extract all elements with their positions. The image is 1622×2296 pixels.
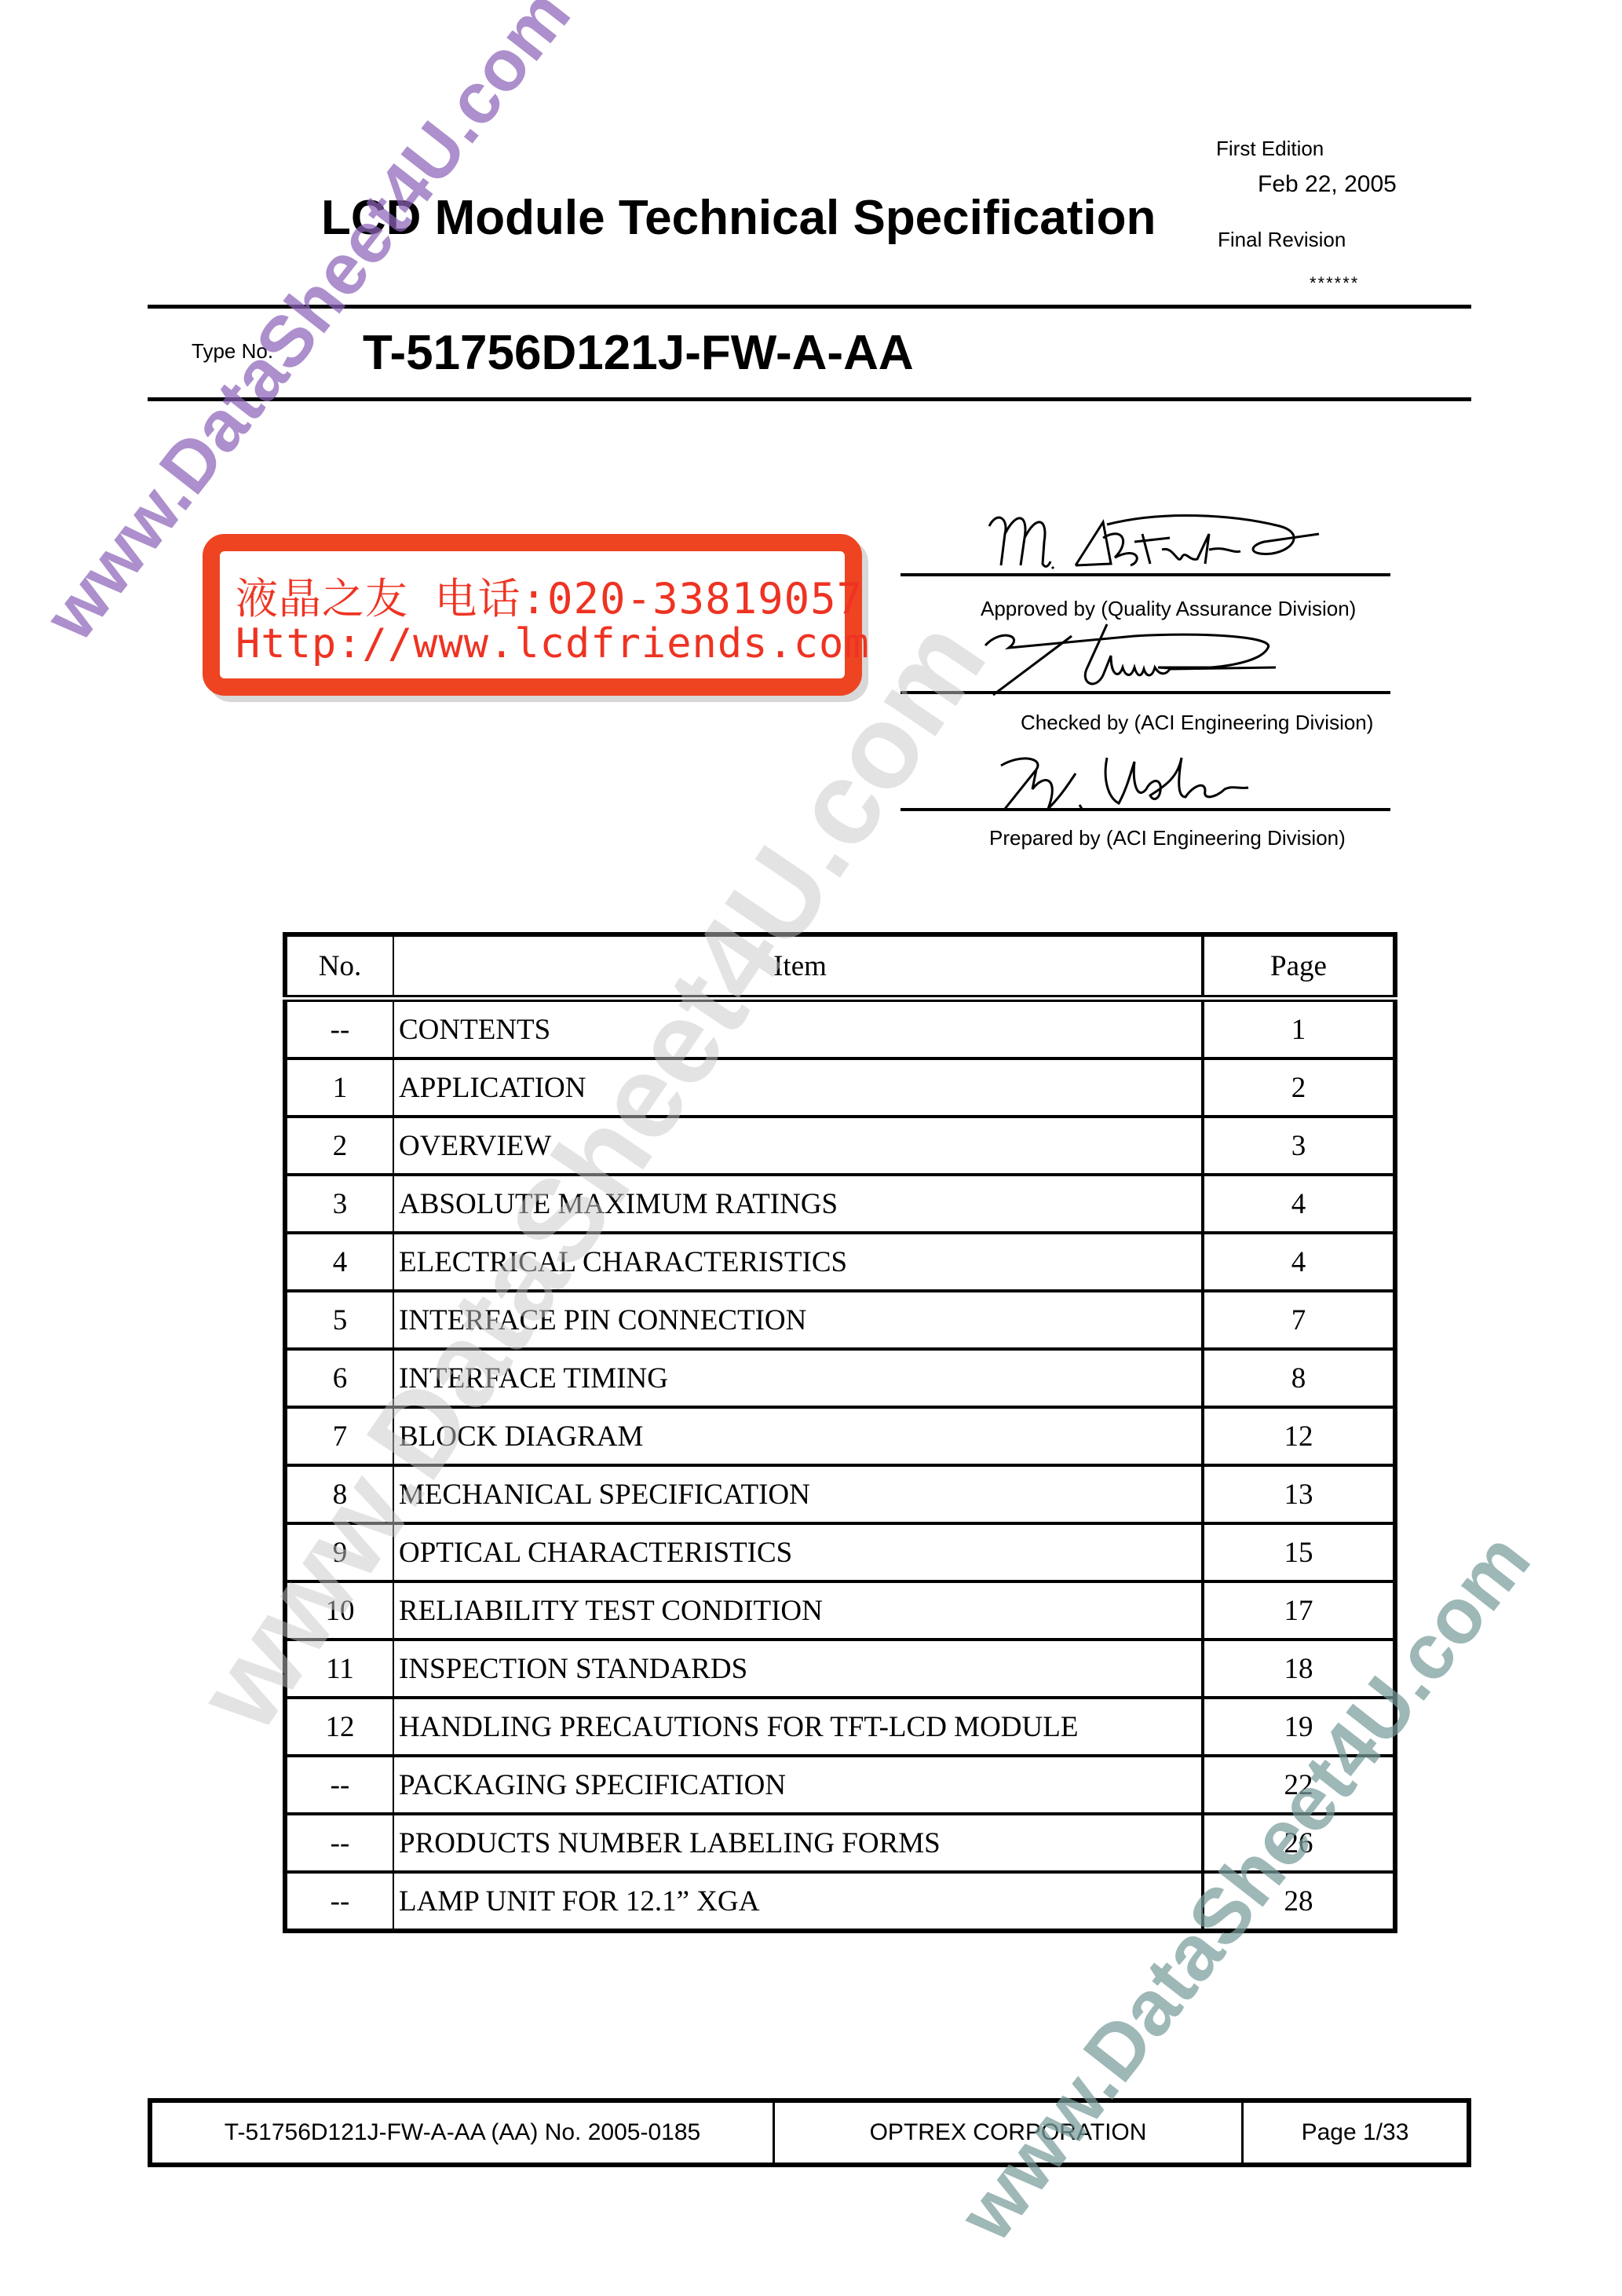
row-page: 19: [1203, 1698, 1395, 1756]
row-page: 1: [1203, 999, 1395, 1059]
row-page: 3: [1203, 1117, 1395, 1175]
table-header-row: No. Item Page: [285, 934, 1395, 999]
page-footer: T-51756D121J-FW-A-AA (AA) No. 2005-0185 …: [148, 2098, 1471, 2167]
table-row: 11INSPECTION STANDARDS18: [285, 1640, 1395, 1698]
contents-table: No. Item Page --CONTENTS11APPLICATION22O…: [283, 932, 1397, 1933]
row-item: BLOCK DIAGRAM: [393, 1407, 1203, 1465]
header-page: Page: [1203, 934, 1395, 999]
approved-by-caption: Approved by (Quality Assurance Division): [981, 597, 1356, 621]
table-row: --LAMP UNIT FOR 12.1” XGA28: [285, 1872, 1395, 1931]
row-item: OVERVIEW: [393, 1117, 1203, 1175]
row-page: 7: [1203, 1291, 1395, 1349]
row-item: INSPECTION STANDARDS: [393, 1640, 1203, 1698]
footer-document-number: T-51756D121J-FW-A-AA (AA) No. 2005-0185: [152, 2103, 775, 2163]
revision-value: ******: [1310, 273, 1359, 294]
row-page: 22: [1203, 1756, 1395, 1814]
row-item: RELIABILITY TEST CONDITION: [393, 1581, 1203, 1640]
table-row: 10RELIABILITY TEST CONDITION17: [285, 1581, 1395, 1640]
row-number: 2: [285, 1117, 393, 1175]
contents-table-body: --CONTENTS11APPLICATION22OVERVIEW33ABSOL…: [285, 999, 1395, 1932]
row-number: --: [285, 1814, 393, 1872]
row-number: 10: [285, 1581, 393, 1640]
row-page: 2: [1203, 1058, 1395, 1117]
row-item: PRODUCTS NUMBER LABELING FORMS: [393, 1814, 1203, 1872]
table-row: --PRODUCTS NUMBER LABELING FORMS26: [285, 1814, 1395, 1872]
table-row: 12HANDLING PRECAUTIONS FOR TFT-LCD MODUL…: [285, 1698, 1395, 1756]
row-page: 18: [1203, 1640, 1395, 1698]
table-row: 7BLOCK DIAGRAM12: [285, 1407, 1395, 1465]
checked-by-caption: Checked by (ACI Engineering Division): [1021, 711, 1373, 735]
row-item: HANDLING PRECAUTIONS FOR TFT-LCD MODULE: [393, 1698, 1203, 1756]
row-page: 28: [1203, 1872, 1395, 1931]
document-title: LCD Module Technical Specification: [321, 190, 1156, 246]
row-number: 5: [285, 1291, 393, 1349]
row-number: 11: [285, 1640, 393, 1698]
table-row: 6INTERFACE TIMING8: [285, 1349, 1395, 1407]
row-item: MECHANICAL SPECIFICATION: [393, 1465, 1203, 1523]
table-row: 2OVERVIEW3: [285, 1117, 1395, 1175]
table-row: 8MECHANICAL SPECIFICATION13: [285, 1465, 1395, 1523]
row-number: 12: [285, 1698, 393, 1756]
row-number: 1: [285, 1058, 393, 1117]
table-row: --CONTENTS1: [285, 999, 1395, 1059]
stamp-phone-line: 液晶之友 电话:020-33819057: [236, 565, 863, 626]
edition-label: First Edition: [1216, 137, 1324, 161]
row-number: --: [285, 1872, 393, 1931]
row-number: 6: [285, 1349, 393, 1407]
stamp-url-line: Http://www.lcdfriends.com: [236, 620, 870, 667]
row-number: 4: [285, 1233, 393, 1291]
header-rule-bottom: [148, 397, 1471, 401]
preparer-signature-icon: [989, 742, 1303, 817]
row-item: ELECTRICAL CHARACTERISTICS: [393, 1233, 1203, 1291]
row-page: 13: [1203, 1465, 1395, 1523]
row-item: OPTICAL CHARACTERISTICS: [393, 1523, 1203, 1581]
header-no: No.: [285, 934, 393, 999]
approver-signature-icon: [974, 503, 1343, 577]
row-item: PACKAGING SPECIFICATION: [393, 1756, 1203, 1814]
distributor-stamp: 液晶之友 电话:020-33819057 Http://www.lcdfrien…: [203, 534, 862, 696]
row-item: INTERFACE PIN CONNECTION: [393, 1291, 1203, 1349]
row-page: 12: [1203, 1407, 1395, 1465]
row-number: 8: [285, 1465, 393, 1523]
row-number: 9: [285, 1523, 393, 1581]
preparer-signature-line: [901, 808, 1390, 811]
table-row: --PACKAGING SPECIFICATION22: [285, 1756, 1395, 1814]
row-page: 4: [1203, 1233, 1395, 1291]
checker-signature-line: [901, 691, 1390, 694]
row-number: 7: [285, 1407, 393, 1465]
footer-company: OPTREX CORPORATION: [775, 2103, 1244, 2163]
header-item: Item: [393, 934, 1203, 999]
type-number-label: Type No.: [192, 339, 273, 364]
row-number: --: [285, 999, 393, 1059]
row-page: 26: [1203, 1814, 1395, 1872]
row-item: ABSOLUTE MAXIMUM RATINGS: [393, 1175, 1203, 1233]
row-item: APPLICATION: [393, 1058, 1203, 1117]
table-row: 9OPTICAL CHARACTERISTICS15: [285, 1523, 1395, 1581]
header-rule-top: [148, 305, 1471, 309]
row-page: 17: [1203, 1581, 1395, 1640]
type-number-value: T-51756D121J-FW-A-AA: [363, 325, 914, 381]
footer-page-number: Page 1/33: [1244, 2103, 1467, 2163]
row-number: 3: [285, 1175, 393, 1233]
revision-label: Final Revision: [1218, 228, 1346, 252]
row-page: 15: [1203, 1523, 1395, 1581]
table-row: 1APPLICATION2: [285, 1058, 1395, 1117]
row-number: --: [285, 1756, 393, 1814]
row-item: INTERFACE TIMING: [393, 1349, 1203, 1407]
approver-signature-line: [901, 573, 1390, 576]
row-item: LAMP UNIT FOR 12.1” XGA: [393, 1872, 1203, 1931]
row-page: 8: [1203, 1349, 1395, 1407]
prepared-by-caption: Prepared by (ACI Engineering Division): [989, 826, 1346, 850]
table-row: 3ABSOLUTE MAXIMUM RATINGS4: [285, 1175, 1395, 1233]
table-row: 5INTERFACE PIN CONNECTION7: [285, 1291, 1395, 1349]
table-row: 4ELECTRICAL CHARACTERISTICS4: [285, 1233, 1395, 1291]
row-page: 4: [1203, 1175, 1395, 1233]
row-item: CONTENTS: [393, 999, 1203, 1059]
edition-date: Feb 22, 2005: [1258, 171, 1397, 198]
checker-signature-icon: [977, 620, 1307, 699]
